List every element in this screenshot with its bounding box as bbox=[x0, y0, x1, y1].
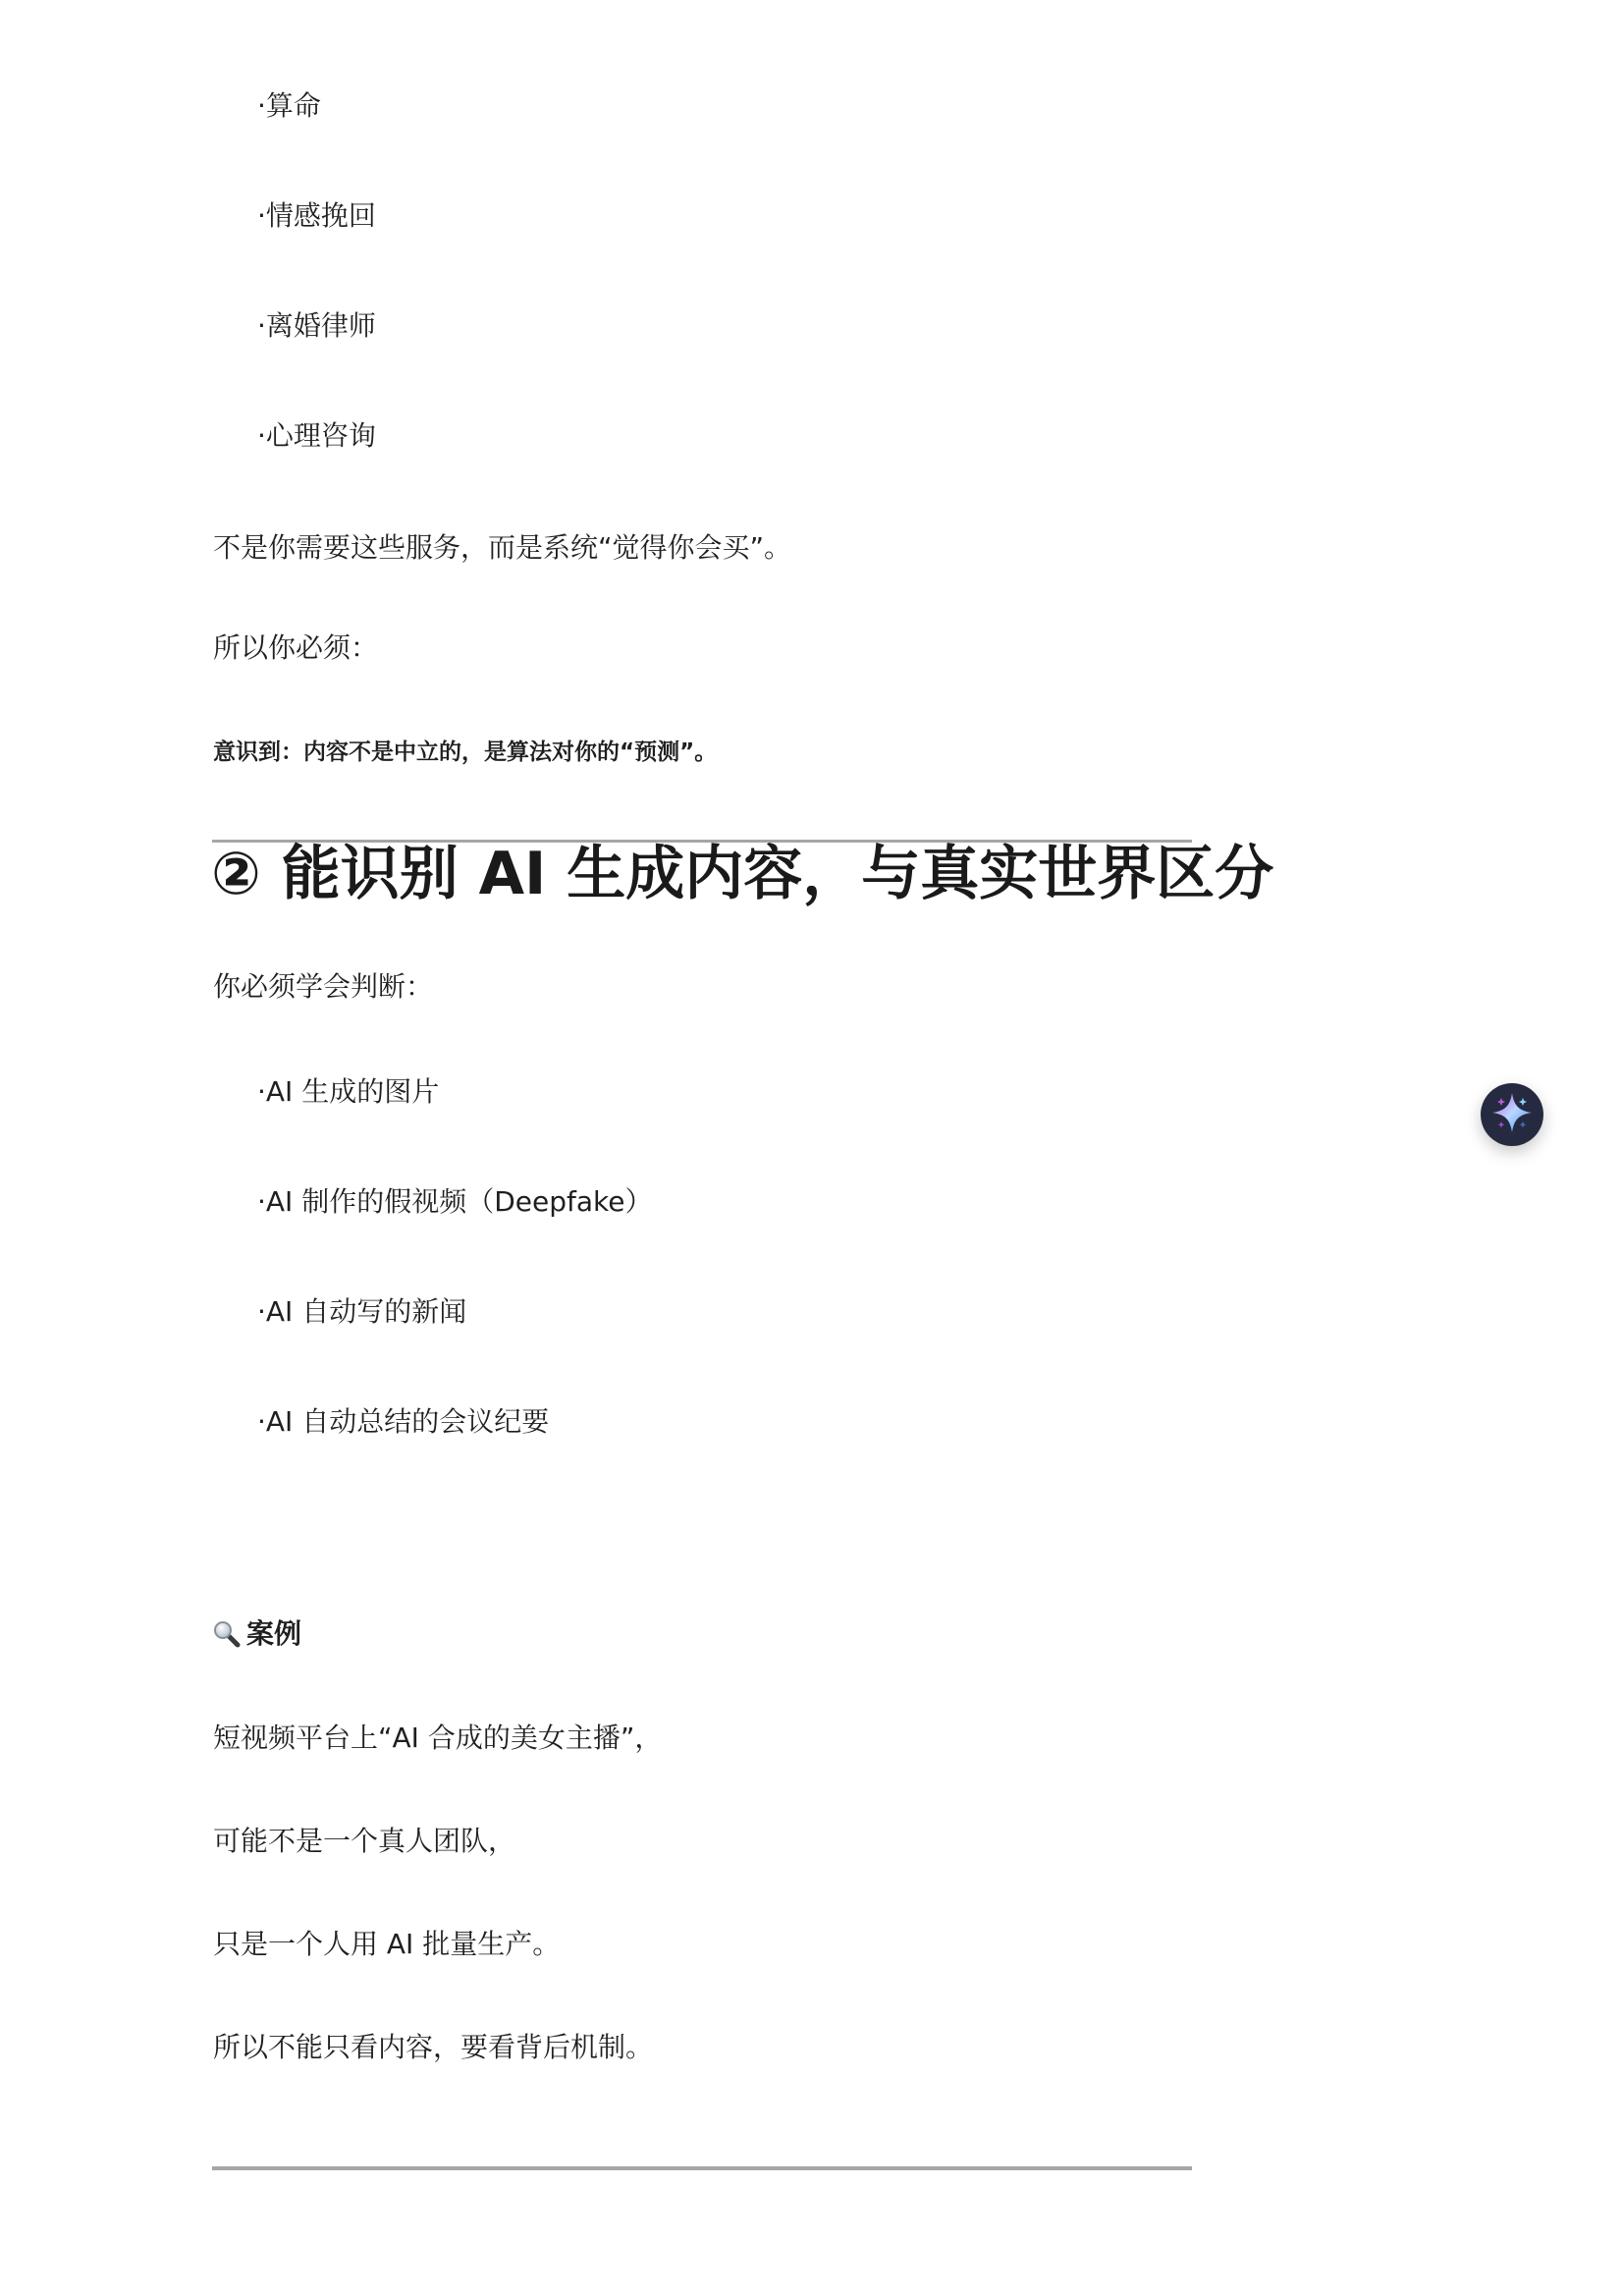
list-item: ·AI 制作的假视频（Deepfake） bbox=[257, 1185, 652, 1219]
list-item: ·AI 自动总结的会议纪要 bbox=[257, 1405, 549, 1439]
case-title: 案例 bbox=[213, 1617, 301, 1651]
paragraph: 只是一个人用 AI 批量生产。 bbox=[213, 1928, 560, 1961]
paragraph: 所以你必须： bbox=[213, 631, 378, 665]
paragraph: 所以不能只看内容，要看背后机制。 bbox=[213, 2031, 653, 2064]
magnifier-icon bbox=[213, 1620, 241, 1648]
list-item: ·AI 生成的图片 bbox=[257, 1075, 439, 1109]
section-heading: ② 能识别 AI 生成内容，与真实世界区分 bbox=[211, 837, 1273, 911]
list-item: ·离婚律师 bbox=[257, 309, 376, 343]
ai-sparkle-icon bbox=[1487, 1088, 1537, 1141]
section-divider bbox=[212, 2166, 1192, 2170]
paragraph: 可能不是一个真人团队， bbox=[213, 1825, 515, 1858]
paragraph: 不是你需要这些服务，而是系统“觉得你会买”。 bbox=[213, 531, 791, 565]
list-item: ·AI 自动写的新闻 bbox=[257, 1295, 466, 1329]
paragraph: 你必须学会判断： bbox=[213, 970, 433, 1004]
list-item: ·心理咨询 bbox=[257, 419, 376, 453]
list-item: ·算命 bbox=[257, 89, 321, 123]
case-title-label: 案例 bbox=[246, 1617, 301, 1651]
ai-assistant-button[interactable] bbox=[1481, 1083, 1543, 1146]
emphasis-paragraph: 意识到：内容不是中立的，是算法对你的“预测”。 bbox=[213, 738, 717, 767]
paragraph: 短视频平台上“AI 合成的美女主播”， bbox=[213, 1722, 662, 1755]
list-item: ·情感挽回 bbox=[257, 199, 376, 233]
